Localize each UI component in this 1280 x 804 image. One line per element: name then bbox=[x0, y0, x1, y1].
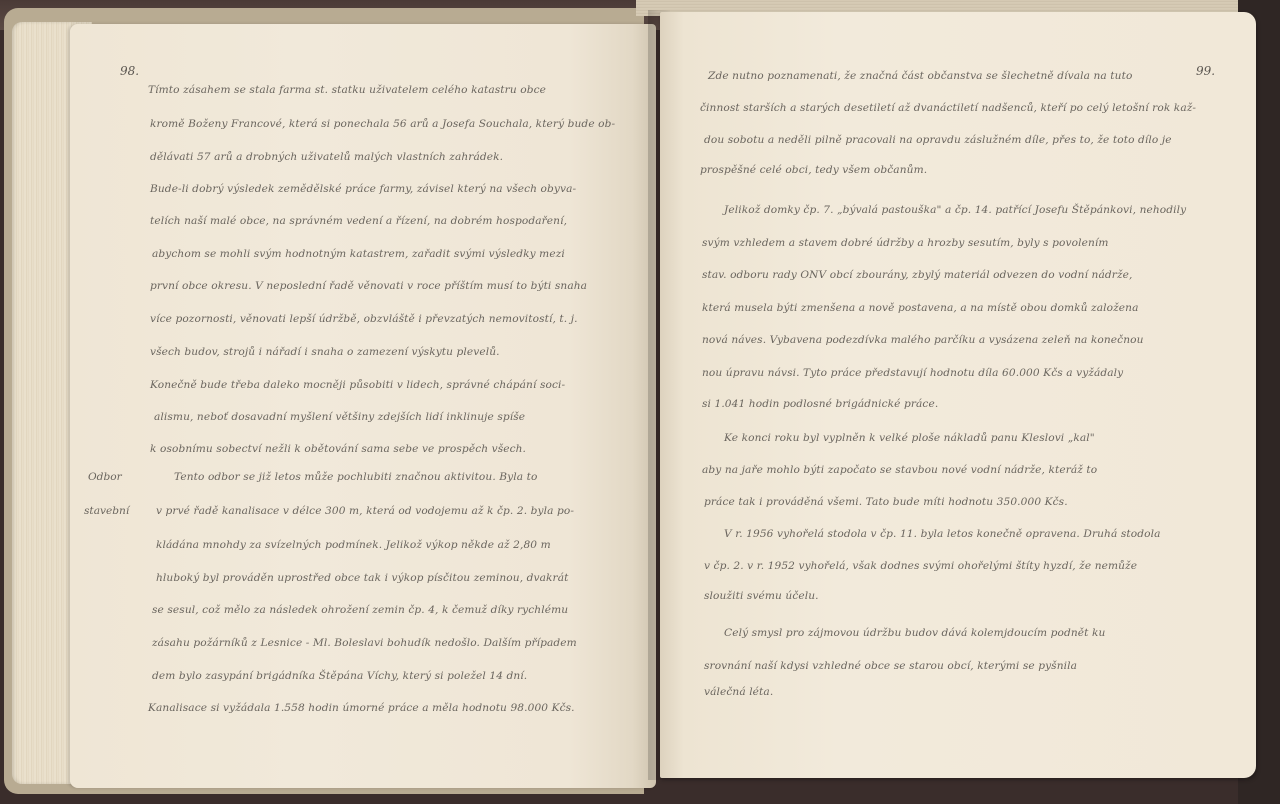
text-line: všech budov, strojů i nářadí i snaha o z… bbox=[150, 346, 500, 358]
text-line: první obce okresu. V neposlední řadě věn… bbox=[150, 280, 587, 292]
text-line: V r. 1956 vyhořelá stodola v čp. 11. byl… bbox=[724, 528, 1160, 540]
text-line: v prvé řadě kanalisace v délce 300 m, kt… bbox=[156, 505, 574, 517]
text-line: Tento odbor se již letos může pochlubiti… bbox=[174, 471, 537, 483]
text-line: v čp. 2. v r. 1952 vyhořelá, však dodnes… bbox=[704, 560, 1137, 572]
text-line: více pozornosti, věnovati lepší údržbě, … bbox=[150, 313, 578, 325]
text-line: Zde nutno poznamenati, že značná část ob… bbox=[708, 70, 1132, 82]
text-line: kromě Boženy Francové, která si ponechal… bbox=[150, 118, 615, 130]
text-line: zásahu požárníků z Lesnice - Ml. Bolesla… bbox=[152, 637, 577, 649]
left-page-number: 98. bbox=[120, 64, 139, 78]
text-line: se sesul, což mělo za následek ohrožení … bbox=[152, 604, 568, 616]
text-line: sloužiti svému účelu. bbox=[704, 590, 819, 602]
text-line: dou sobotu a neděli pilně pracovali na o… bbox=[704, 134, 1172, 146]
right-page-number: 99. bbox=[1196, 64, 1215, 78]
text-line: si 1.041 hodin podlosné brigádnické prác… bbox=[702, 398, 938, 410]
text-line: aby na jaře mohlo býti započato se stavb… bbox=[702, 464, 1097, 476]
text-line: Bude-li dobrý výsledek zemědělské práce … bbox=[150, 183, 576, 195]
text-line: nová náves. Vybavena podezdívka malého p… bbox=[702, 334, 1144, 346]
left-page: 98. Odbor stavební Tímto zásahem se stal… bbox=[70, 24, 656, 788]
text-line: abychom se mohli svým hodnotným katastre… bbox=[152, 248, 565, 260]
text-line: Tímto zásahem se stala farma st. statku … bbox=[148, 84, 546, 96]
text-line: dělávati 57 arů a drobných uživatelů mal… bbox=[150, 151, 503, 163]
text-line: srovnání naší kdysi vzhledné obce se sta… bbox=[704, 660, 1077, 672]
margin-note-odbor: Odbor bbox=[88, 471, 122, 483]
text-line: alismu, neboť dosavadní myšlení většiny … bbox=[154, 411, 525, 423]
text-line: telích naší malé obce, na správném veden… bbox=[150, 215, 567, 227]
text-line: k osobnímu sobectví nežli k obětování sa… bbox=[150, 443, 526, 455]
text-line: hluboký byl prováděn uprostřed obce tak … bbox=[156, 572, 568, 584]
text-line: Ke konci roku byl vyplněn k velké ploše … bbox=[724, 432, 1095, 444]
right-page: 99. Zde nutno poznamenati, že značná čás… bbox=[660, 12, 1256, 778]
text-line: práce tak i prováděná všemi. Tato bude m… bbox=[704, 496, 1068, 508]
text-line: Konečně bude třeba daleko mocněji působi… bbox=[150, 379, 565, 391]
text-line: kládána mnohdy za svízelných podmínek. J… bbox=[156, 539, 551, 551]
margin-note-stavebni: stavební bbox=[84, 505, 129, 517]
text-line: Celý smysl pro zájmovou údržbu budov dáv… bbox=[724, 627, 1105, 639]
text-line: svým vzhledem a stavem dobré údržby a hr… bbox=[702, 237, 1109, 249]
text-line: nou úpravu návsi. Tyto práce představují… bbox=[702, 367, 1123, 379]
text-line: Kanalisace si vyžádala 1.558 hodin úmorn… bbox=[148, 702, 575, 714]
text-line: prospěšné celé obci, tedy všem občanům. bbox=[700, 164, 927, 176]
text-line: dem bylo zasypání brigádníka Štěpána Víc… bbox=[152, 670, 527, 682]
text-line: Jelikož domky čp. 7. „bývalá pastouška" … bbox=[724, 204, 1186, 216]
text-line: činnost starších a starých desetiletí až… bbox=[700, 102, 1196, 114]
text-line: která musela býti zmenšena a nově postav… bbox=[702, 302, 1139, 314]
text-line: stav. odboru rady ONV obcí zbourány, zby… bbox=[702, 269, 1132, 281]
text-line: válečná léta. bbox=[704, 686, 773, 698]
